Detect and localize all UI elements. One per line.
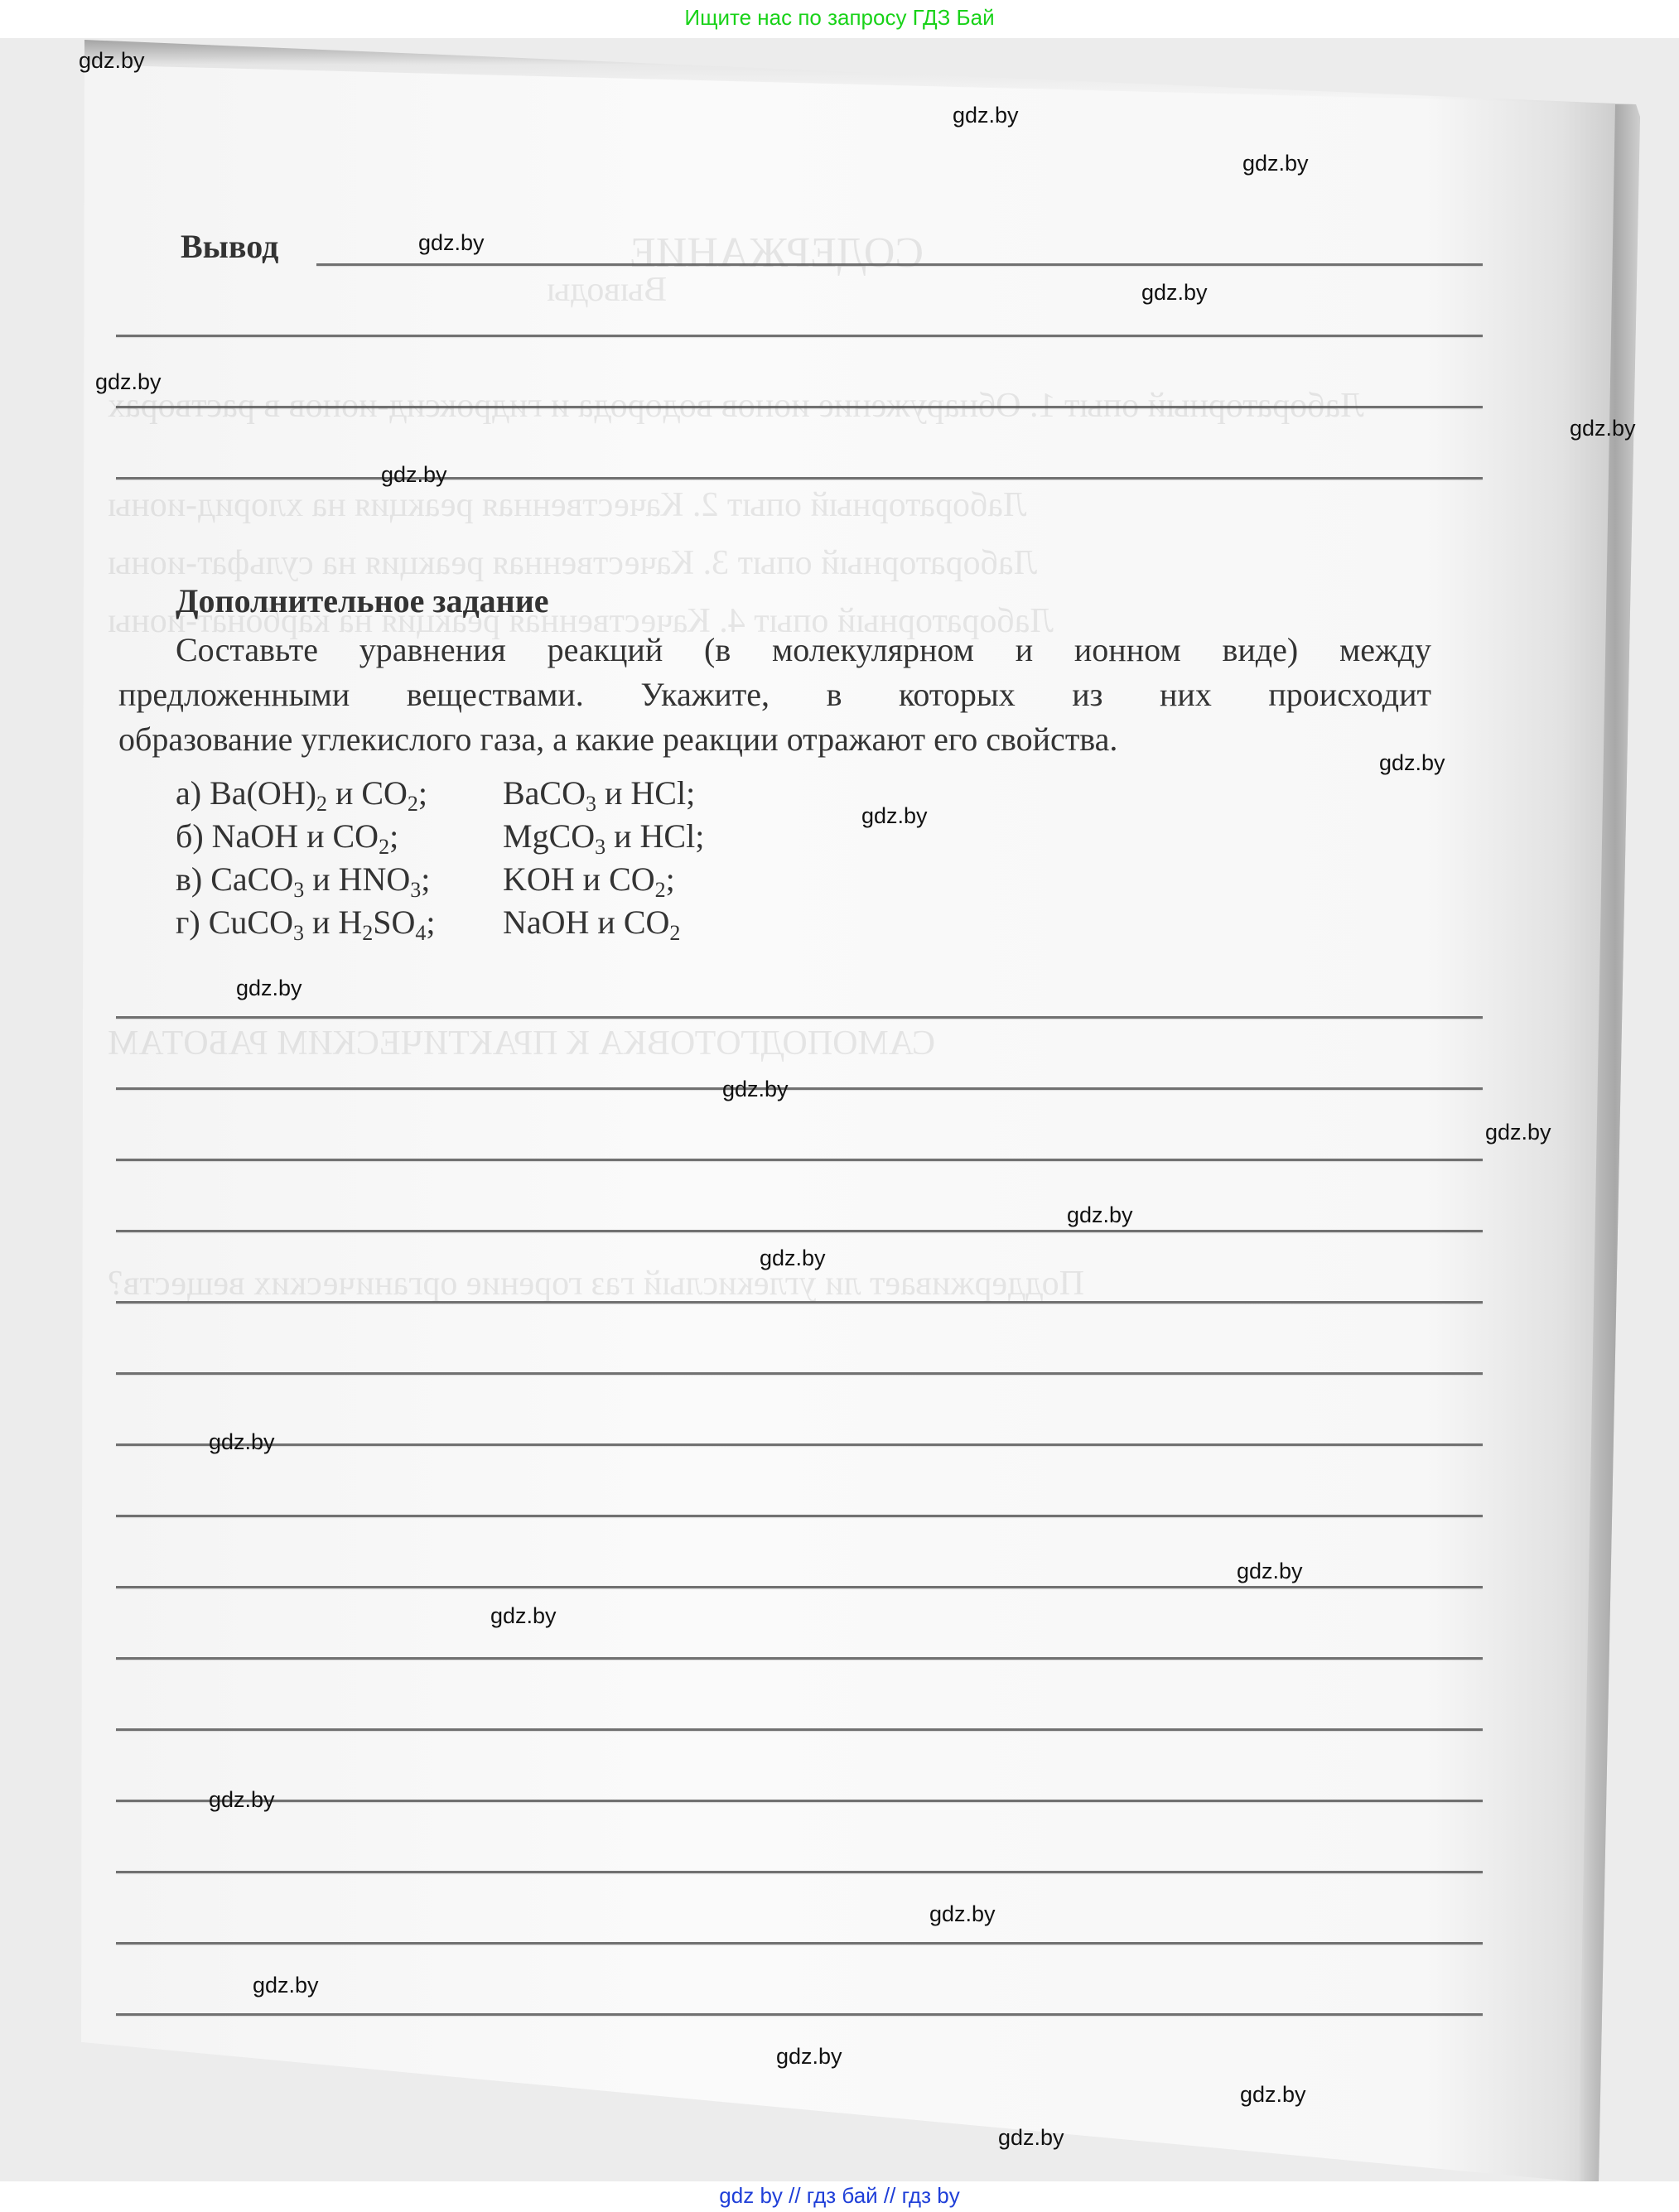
formula-text: SO [373, 904, 415, 941]
subscript: 2 [379, 835, 389, 859]
formula-text: Ba(OH) [210, 774, 316, 812]
reaction-pair-item: б) NaOH и CO2;MgCO3 и HCl; [176, 815, 704, 858]
item-label: г) [176, 904, 209, 941]
answer-line[interactable] [116, 1800, 1483, 1802]
watermark-text: gdz.by [1379, 750, 1445, 776]
bleed-through-text: САМОПОДГОТОВКА К ПРАКТИЧЕСКИМ РАБОТАМ [108, 1024, 935, 1063]
extra-task-heading: Дополнительное задание [176, 581, 549, 620]
formula-text: и HCl; [596, 774, 695, 812]
answer-line[interactable] [116, 1871, 1483, 1873]
bleed-through-text: СОДЕРЖАНИЕ [630, 229, 924, 277]
answer-line[interactable] [116, 477, 1483, 480]
bleed-through-text: Лабораторный опыт 2. Качественная реакци… [108, 485, 1027, 525]
subscript: 2 [316, 792, 327, 816]
formula-text: и HCl; [606, 817, 704, 855]
answer-line[interactable] [116, 1159, 1483, 1161]
bleed-through-text: Выводы [547, 270, 667, 310]
watermark-text: gdz.by [79, 48, 145, 74]
formula-text: MgCO [503, 817, 595, 855]
scanned-page-area: СОДЕРЖАНИЕ Выводы Лабораторный опыт 1. О… [0, 38, 1679, 2181]
formula-text: и HNO [304, 860, 410, 898]
answer-line[interactable] [116, 1016, 1483, 1019]
subscript: 3 [293, 921, 304, 945]
watermark-text: gdz.by [1242, 151, 1309, 176]
subscript: 3 [410, 878, 421, 902]
bleed-through-text: Лабораторный опыт 3. Качественная реакци… [108, 543, 1037, 583]
subscript: 2 [655, 878, 666, 902]
answer-line[interactable] [116, 406, 1483, 408]
reaction-pair-2: BaCO3 и HCl; [503, 774, 695, 812]
formula-text: NaOH и CO [212, 817, 379, 855]
watermark-text: gdz.by [1067, 1202, 1133, 1228]
reaction-pair-item: г) CuCO3 и H2SO4;NaOH и CO2 [176, 901, 680, 944]
formula-text: ; [421, 860, 430, 898]
subscript: 3 [293, 878, 304, 902]
task-statement: Составьте уравнения реакций (в молекуляр… [118, 628, 1431, 762]
watermark-text: gdz.by [418, 230, 485, 256]
answer-line[interactable] [116, 335, 1483, 337]
bleed-through-text: Поддерживает ли углекислый газ горение о… [108, 1264, 1084, 1304]
formula-text: CuCO [209, 904, 293, 941]
watermark-text: gdz.by [722, 1077, 789, 1102]
watermark-text: gdz.by [490, 1603, 557, 1629]
subscript: 3 [586, 792, 596, 816]
formula-text: и H [304, 904, 362, 941]
watermark-text: gdz.by [1240, 2082, 1306, 2108]
subscript: 4 [415, 921, 426, 945]
reaction-pair-1: а) Ba(OH)2 и CO2; [176, 772, 503, 815]
watermark-text: gdz.by [929, 1901, 996, 1927]
conclusion-heading: Вывод [181, 227, 278, 266]
answer-line[interactable] [116, 1728, 1483, 1731]
item-label: в) [176, 860, 210, 898]
watermark-text: gdz.by [209, 1429, 275, 1455]
answer-line[interactable] [316, 263, 1483, 266]
watermark-text: gdz.by [953, 103, 1019, 128]
watermark-text: gdz.by [95, 369, 162, 395]
formula-text: ; [389, 817, 398, 855]
formula-text: CaCO [210, 860, 293, 898]
watermark-text: gdz.by [998, 2125, 1064, 2151]
formula-text: и CO [327, 774, 408, 812]
page-edge-shadow [83, 38, 1640, 104]
subscript: 2 [362, 921, 373, 945]
reaction-pair-2: KOH и CO2; [503, 860, 675, 898]
page-number: 16 [120, 2052, 158, 2096]
formula-text: ; [418, 774, 427, 812]
answer-line[interactable] [116, 1372, 1483, 1375]
watermark-text: gdz.by [236, 976, 302, 1001]
reaction-pair-2: MgCO3 и HCl; [503, 817, 704, 855]
answer-line[interactable] [116, 1586, 1483, 1588]
subscript: 2 [669, 921, 680, 945]
top-banner[interactable]: Ищите нас по запросу ГДЗ Бай [0, 0, 1679, 38]
reaction-pair-item: в) CaCO3 и HNO3;KOH и CO2; [176, 858, 675, 901]
formula-text: NaOH и CO [503, 904, 669, 941]
footer[interactable]: gdz by // гдз бай // гдз by [0, 2181, 1679, 2212]
answer-line[interactable] [116, 1515, 1483, 1517]
answer-line[interactable] [116, 1230, 1483, 1232]
reaction-pair-item: а) Ba(OH)2 и CO2;BaCO3 и HCl; [176, 772, 695, 815]
formula-text: BaCO [503, 774, 586, 812]
watermark-text: gdz.by [776, 2044, 842, 2070]
watermark-text: gdz.by [1237, 1559, 1303, 1584]
answer-line[interactable] [116, 2013, 1483, 2016]
subscript: 3 [595, 835, 606, 859]
task-line: образование углекислого газа, а какие ре… [118, 717, 1431, 762]
answer-line[interactable] [116, 1301, 1483, 1304]
formula-text: ; [666, 860, 675, 898]
task-line: предложенными веществами. Укажите, в кот… [118, 672, 1431, 717]
watermark-text: gdz.by [760, 1246, 826, 1271]
workbook-page: СОДЕРЖАНИЕ Выводы Лабораторный опыт 1. О… [0, 38, 1679, 2181]
answer-line[interactable] [116, 1657, 1483, 1660]
watermark-text: gdz.by [1570, 416, 1636, 441]
watermark-text: gdz.by [861, 803, 928, 829]
answer-line[interactable] [116, 1443, 1483, 1446]
item-label: а) [176, 774, 210, 812]
answer-line[interactable] [116, 1087, 1483, 1090]
formula-text: KOH и CO [503, 860, 655, 898]
task-line: Составьте уравнения реакций (в молекуляр… [118, 628, 1431, 672]
subscript: 2 [408, 792, 418, 816]
formula-text: ; [426, 904, 435, 941]
item-label: б) [176, 817, 212, 855]
reaction-pair-1: г) CuCO3 и H2SO4; [176, 901, 503, 944]
watermark-text: gdz.by [381, 462, 447, 488]
watermark-text: gdz.by [1141, 280, 1208, 306]
reaction-pair-1: в) CaCO3 и HNO3; [176, 858, 503, 901]
footer-links[interactable]: gdz by // гдз бай // гдз by [719, 2183, 959, 2208]
watermark-text: gdz.by [209, 1787, 275, 1813]
reaction-pair-2: NaOH и CO2 [503, 904, 680, 941]
watermark-text: gdz.by [1485, 1120, 1551, 1145]
banner-text[interactable]: Ищите нас по запросу ГДЗ Бай [684, 5, 994, 30]
answer-line[interactable] [116, 1942, 1483, 1945]
watermark-text: gdz.by [253, 1973, 319, 1998]
reaction-pair-1: б) NaOH и CO2; [176, 815, 503, 858]
